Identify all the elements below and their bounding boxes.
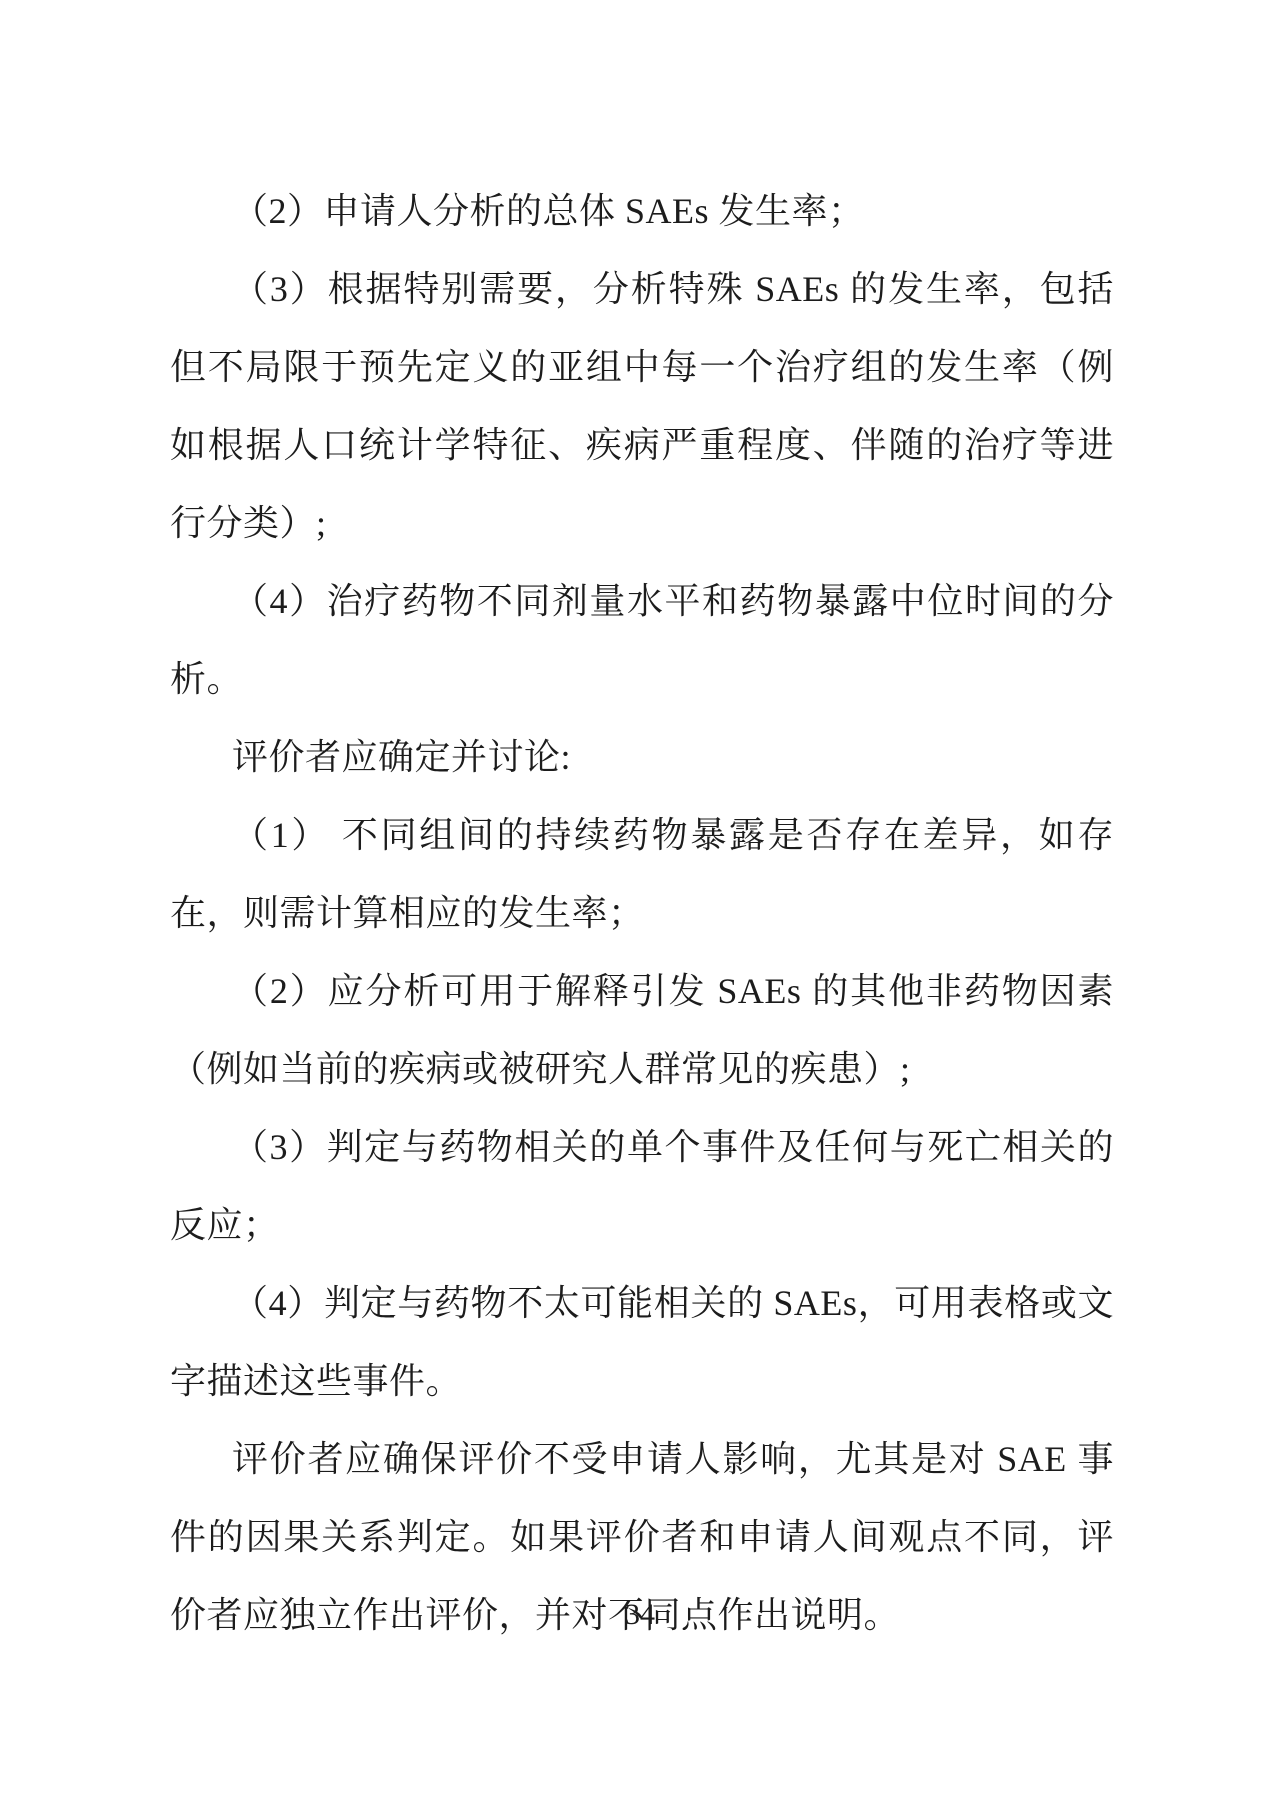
paragraph-exposure-difference: （1） 不同组间的持续药物暴露是否存在差异，如存在，则需计算相应的发生率； [170,796,1114,952]
document-body: （2）申请人分析的总体 SAEs 发生率； （3）根据特别需要，分析特殊 SAE… [170,172,1114,1654]
paragraph-drug-related-events: （3）判定与药物相关的单个事件及任何与死亡相关的反应； [170,1108,1114,1264]
paragraph-evaluator-should-discuss: 评价者应确定并讨论: [170,718,1114,796]
paragraph-non-drug-factors: （2）应分析可用于解释引发 SAEs 的其他非药物因素（例如当前的疾病或被研究人… [170,952,1114,1108]
document-page: （2）申请人分析的总体 SAEs 发生率； （3）根据特别需要，分析特殊 SAE… [0,0,1280,1810]
paragraph-dose-exposure-analysis: （4）治疗药物不同剂量水平和药物暴露中位时间的分析。 [170,562,1114,718]
page-number: 34 [0,1598,1280,1632]
paragraph-saes-overall-rate: （2）申请人分析的总体 SAEs 发生率； [170,172,1114,250]
paragraph-special-saes-rate: （3）根据特别需要，分析特殊 SAEs 的发生率，包括但不局限于预先定义的亚组中… [170,250,1114,562]
paragraph-unlikely-related-saes: （4）判定与药物不太可能相关的 SAEs，可用表格或文字描述这些事件。 [170,1264,1114,1420]
